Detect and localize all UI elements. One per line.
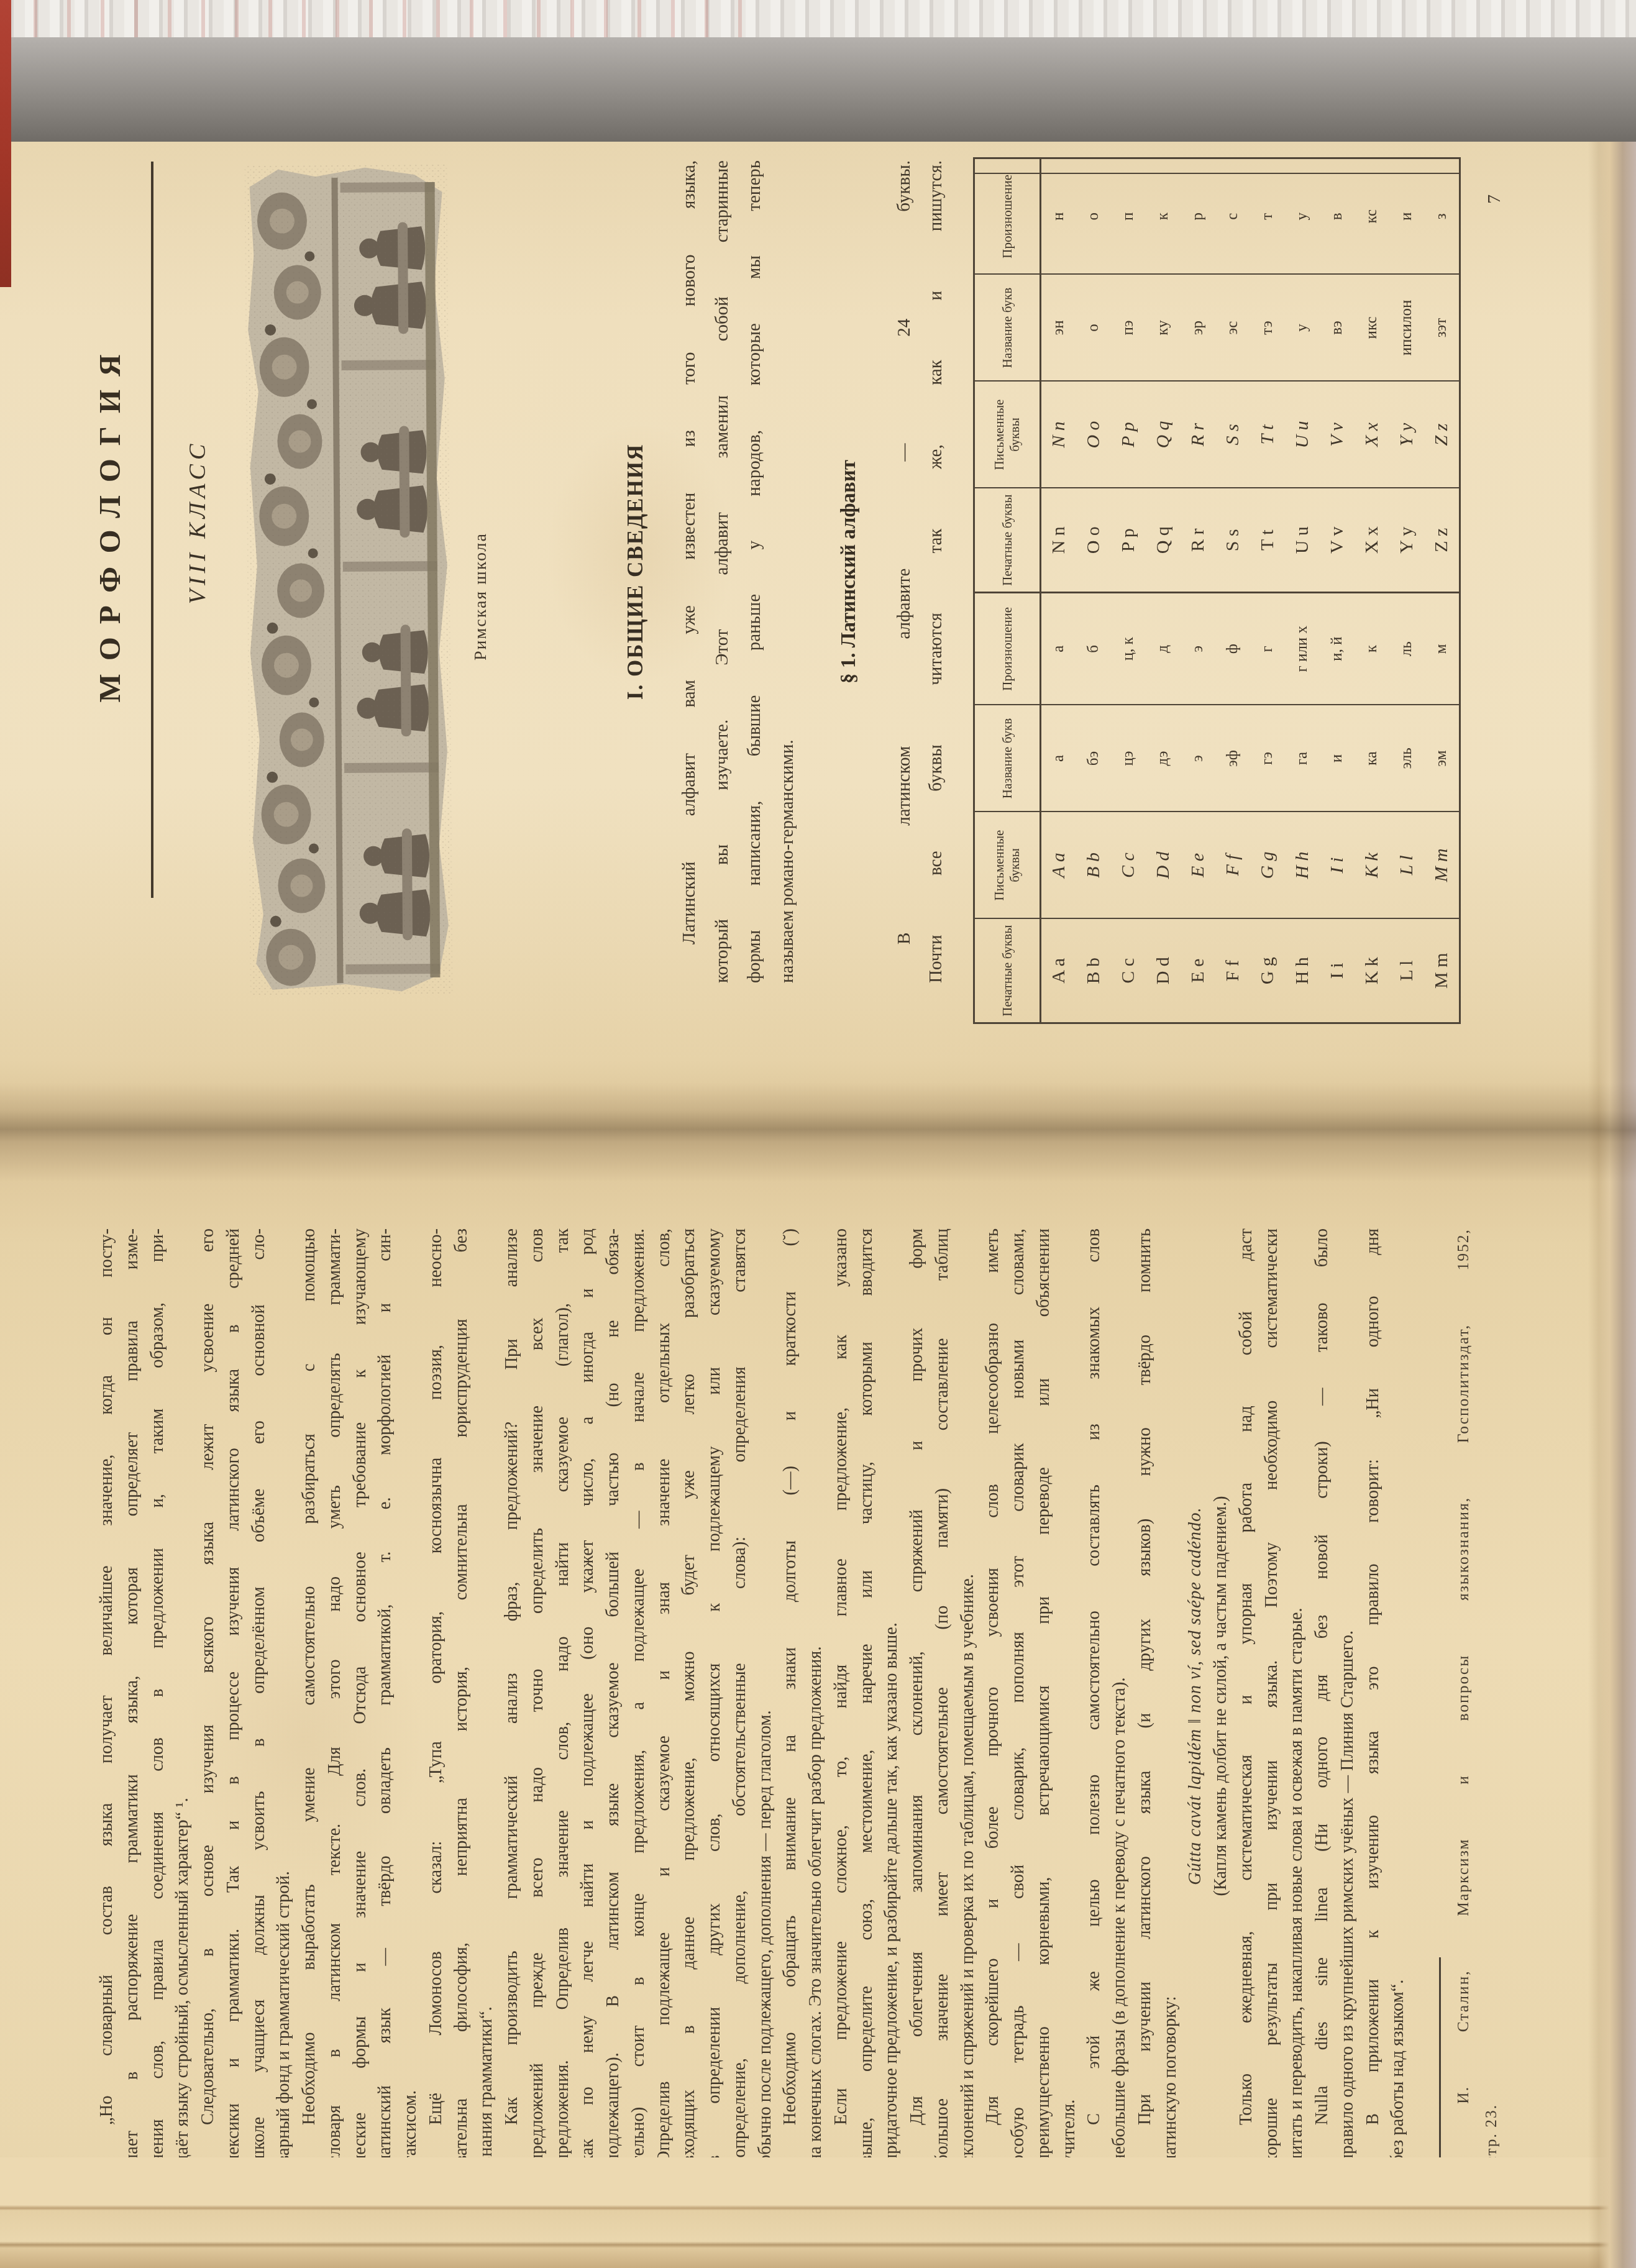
- printed-letter: U u: [1285, 488, 1320, 593]
- letter-pronunciation: и, й: [1320, 593, 1355, 705]
- intro-paragraph: Латинский алфавит вам уже известен из то…: [673, 160, 803, 983]
- alphabet-row: F f F f эф ф S s S s эс с: [1215, 158, 1250, 1023]
- text-line: При изучении латинского языка (и других …: [1133, 1228, 1158, 2164]
- letter-pronunciation: ль: [1389, 593, 1424, 705]
- text-line: таксисом.: [398, 1228, 424, 2164]
- written-letter: C c: [1111, 812, 1146, 919]
- written-letter: A a: [1041, 812, 1077, 919]
- text-line: Необходимо выработать умение самостоятел…: [297, 1228, 322, 2164]
- text-line: входящих в данное предложение, можно буд…: [677, 1228, 702, 2164]
- letter-pronunciation: к: [1355, 593, 1389, 705]
- printed-letter: I i: [1320, 919, 1355, 1023]
- written-letter: X x: [1355, 382, 1389, 488]
- text-line: лексики и грамматики. Так и в процессе и…: [221, 1228, 247, 2164]
- text-line: особую тетрадь — свой словарик, пополняя…: [1006, 1228, 1031, 2164]
- footnote-rule: [1439, 1957, 1441, 2164]
- text-line: преимущественно корневыми, встречающимис…: [1031, 1228, 1057, 2164]
- printed-letter: P p: [1111, 488, 1146, 593]
- text-line: школе учащиеся должны усвоить в определё…: [247, 1228, 272, 2164]
- letter-pronunciation: ф: [1215, 593, 1250, 705]
- letter-name: ку: [1146, 275, 1181, 382]
- text-line: на конечных слогах. Это значительно обле…: [803, 1228, 829, 2164]
- col-header: Произно­шение: [974, 158, 1041, 275]
- letter-name: пэ: [1111, 275, 1146, 382]
- text-line: Необходимо обращать внимание на знаки до…: [778, 1228, 803, 2164]
- text-line: хорошие результаты при изучении языка. П…: [1259, 1228, 1285, 2164]
- text-line: (Капля камень долбит не силой, а частым …: [1209, 1228, 1234, 2164]
- alphabet-row: D d D d дэ д Q q Q q ку к: [1146, 158, 1181, 1023]
- written-letter: Y y: [1389, 382, 1424, 488]
- letter-name: эль: [1389, 705, 1424, 812]
- printed-letter: S s: [1215, 488, 1250, 593]
- text-line: В латинском алфавите — 24 буквы.: [889, 160, 920, 983]
- latin-alphabet-table: Печатные буквы Письмен­ные буквы Названи…: [973, 159, 1461, 1024]
- written-letter: V v: [1320, 382, 1355, 488]
- title-rule: [151, 162, 153, 898]
- text-line: Следовательно, в основе изучения всякого…: [196, 1228, 221, 2164]
- text-line: формы написания, бывшие раньше у народов…: [738, 160, 771, 983]
- text-line: большое значение имеет самостоятельное (…: [930, 1228, 956, 2164]
- col-header: Название букв: [974, 275, 1041, 382]
- text-line: вательна философия, неприятна история, с…: [449, 1228, 475, 2164]
- text-line: Определив подлежащее и сказуемое и зная …: [652, 1228, 677, 2164]
- letter-pronunciation: д: [1146, 593, 1181, 705]
- book-gutter-shadow: [0, 1082, 1636, 1182]
- text-line: как по нему легче найти и подлежащее (он…: [575, 1228, 601, 2164]
- letter-name: у: [1285, 275, 1320, 382]
- written-letter: Q q: [1146, 382, 1181, 488]
- letter-name: ка: [1355, 705, 1389, 812]
- text-line: словаря в латинском тексте. Для этого на…: [322, 1228, 348, 2164]
- written-letter: O o: [1076, 382, 1111, 488]
- text-line: латинскую поговорку:: [1158, 1228, 1184, 2164]
- col-header: Название букв: [974, 705, 1041, 812]
- letter-pronunciation: т: [1250, 158, 1285, 275]
- text-line: предложения. Определив значение слов, на…: [551, 1228, 576, 2164]
- book-scan: { "palette":{"paper_right":"#efe0bd","pa…: [0, 0, 1636, 2268]
- text-line: Если предложение сложное, то, найдя глав…: [829, 1228, 854, 2164]
- printed-letter: G g: [1250, 919, 1285, 1023]
- roman-school-relief-image: [240, 161, 457, 1001]
- letter-pronunciation: г или х: [1285, 593, 1320, 705]
- written-letter: B b: [1076, 812, 1111, 919]
- alphabet-row: A a A a а а N n N n эн н: [1041, 158, 1077, 1023]
- text-line: С этой же целью полезно самостоятельно с…: [1082, 1228, 1107, 2164]
- letter-pronunciation: с: [1215, 158, 1250, 275]
- printed-letter: Y y: [1389, 488, 1424, 593]
- alphabet-note: В латинском алфавите — 24 буквы.Почти вс…: [889, 160, 952, 983]
- alphabet-row: C c C c цэ ц, к P p P p пэ п: [1111, 158, 1146, 1023]
- letter-pronunciation: р: [1181, 158, 1215, 275]
- section-heading: I. ОБЩИЕ СВЕДЕНИЯ: [623, 160, 648, 983]
- letter-name: эс: [1215, 275, 1250, 382]
- book-fore-edge: [0, 2157, 1636, 2268]
- written-letter: N n: [1041, 382, 1077, 488]
- printed-letter: M m: [1424, 919, 1460, 1023]
- letter-pronunciation: п: [1111, 158, 1146, 275]
- letter-name: тэ: [1250, 275, 1285, 382]
- text-line: Латинский алфавит вам уже известен из то…: [673, 160, 706, 983]
- letter-name: бэ: [1076, 705, 1111, 812]
- letter-pronunciation: о: [1076, 158, 1111, 275]
- alphabet-row: I i I i и и, й V v V v вэ в: [1320, 158, 1355, 1023]
- alphabet-row: H h H h га г или х U u U u у у: [1285, 158, 1320, 1023]
- printed-letter: V v: [1320, 488, 1355, 593]
- letter-name: га: [1285, 705, 1320, 812]
- alphabet-row: E e E e э э R r R r эр р: [1181, 158, 1215, 1023]
- text-line: „Но словарный состав языка получает вели…: [94, 1228, 120, 2164]
- text-line: который вы изучаете. Этот алфавит замени…: [706, 160, 739, 983]
- text-line: нения слов, правила соединения слов в пр…: [145, 1228, 171, 2164]
- book-spread: „Но словарный состав языка получает вели…: [0, 0, 1636, 2268]
- written-letter: F f: [1215, 812, 1250, 919]
- text-line: читать и переводить, накапливая новые сл…: [1284, 1228, 1310, 2164]
- printed-letter: Q q: [1146, 488, 1181, 593]
- letter-name: эн: [1041, 275, 1077, 382]
- letter-name: эр: [1181, 275, 1215, 382]
- text-line: Для скорейшего и более прочного усвоения…: [980, 1228, 1006, 2164]
- letter-name: гэ: [1250, 705, 1285, 812]
- footnote-line: ¹ И. Сталин, Марксизм и вопросы языкозна…: [1449, 1228, 1477, 2164]
- printed-letter: D d: [1146, 919, 1181, 1023]
- text-line: В приложении к изучению языка это правил…: [1361, 1228, 1386, 2164]
- part-title: МОРФОЛОГИЯ: [92, 168, 127, 876]
- text-line: Gútta cavát lapidém ‖ non ví, sed saépe …: [1183, 1228, 1209, 2164]
- letter-pronunciation: в: [1320, 158, 1355, 275]
- left-page-body-text: „Но словарный состав языка получает вели…: [94, 1228, 1411, 2164]
- letter-name: э: [1181, 705, 1215, 812]
- printed-letter: R r: [1181, 488, 1215, 593]
- written-letter: D d: [1146, 812, 1181, 919]
- printed-letter: Z z: [1424, 488, 1460, 593]
- text-line: тельно) стоит в конце предложения, а под…: [626, 1228, 652, 2164]
- book-bottom-edge: [1588, 142, 1636, 2268]
- letter-name: о: [1076, 275, 1111, 382]
- text-line: предложений прежде всего надо точно опре…: [525, 1228, 551, 2164]
- col-header: Печатные буквы: [974, 488, 1041, 593]
- letter-pronunciation: и: [1389, 158, 1424, 275]
- text-line: Только ежедневная, систематическая и упо…: [1234, 1228, 1259, 2164]
- text-line: выше, определите союз, местоимение, наре…: [854, 1228, 880, 2164]
- printed-letter: F f: [1215, 919, 1250, 1023]
- letter-name: эф: [1215, 705, 1250, 812]
- class-subtitle: VIII КЛАСС: [184, 168, 211, 876]
- letter-pronunciation: к: [1146, 158, 1181, 275]
- letter-name: а: [1041, 705, 1077, 812]
- printed-letter: A a: [1041, 919, 1077, 1023]
- col-header: Письмен­ные буквы: [974, 382, 1041, 488]
- text-line: в определении других слов, относящихся к…: [702, 1228, 728, 2164]
- letter-name: икс: [1355, 275, 1389, 382]
- text-line: склонений и спряжений и проверка их по т…: [956, 1228, 981, 2164]
- alphabet-row: K k K k ка к X x X x икс кс: [1355, 158, 1389, 1023]
- alphabet-row: G g G g гэ г T t T t тэ т: [1250, 158, 1285, 1023]
- printed-letter: K k: [1355, 919, 1389, 1023]
- written-letter: I i: [1320, 812, 1355, 919]
- printed-letter: E e: [1181, 919, 1215, 1023]
- letter-name: и: [1320, 705, 1355, 812]
- letter-name: ипсилон: [1389, 275, 1424, 382]
- written-letter: R r: [1181, 382, 1215, 488]
- text-line: Ещё Ломоносов сказал: „Тупа оратория, ко…: [424, 1228, 449, 2164]
- page-number: 7: [1484, 194, 1505, 204]
- written-letter: M m: [1424, 812, 1460, 919]
- written-letter: K k: [1355, 812, 1389, 919]
- col-header: Письмен­ные буквы: [974, 812, 1041, 919]
- text-line: латинский язык — твёрдо овладеть граммат…: [373, 1228, 398, 2164]
- text-line: подлежащего). В латинском языке сказуемо…: [601, 1228, 626, 2164]
- letter-name: эм: [1424, 705, 1460, 812]
- text-line: ческие формы и значение слов. Отсюда осн…: [348, 1228, 373, 2164]
- letter-name: зэт: [1424, 275, 1460, 382]
- printed-letter: O o: [1076, 488, 1111, 593]
- text-line: Для облегчения запоминания склонений, сп…: [905, 1228, 930, 2164]
- text-line: Почти все буквы читаются так же, как и п…: [920, 160, 952, 983]
- written-letter: T t: [1250, 382, 1285, 488]
- letter-pronunciation: э: [1181, 593, 1215, 705]
- printed-letter: H h: [1285, 919, 1320, 1023]
- written-letter: S s: [1215, 382, 1250, 488]
- printed-letter: L l: [1389, 919, 1424, 1023]
- table-header-row: Печатные буквы Письмен­ные буквы Названи…: [974, 158, 1041, 1023]
- letter-name: цэ: [1111, 705, 1146, 812]
- written-letter: G g: [1250, 812, 1285, 919]
- letter-pronunciation: а: [1041, 593, 1077, 705]
- printed-letter: B b: [1076, 919, 1111, 1023]
- text-line: пает в распоряжение грамматики языка, ко…: [120, 1228, 145, 2164]
- text-line: Как производить грамматический анализ фр…: [500, 1228, 525, 2164]
- letter-name: вэ: [1320, 275, 1355, 382]
- written-letter: E e: [1181, 812, 1215, 919]
- col-header: Печатные буквы: [974, 919, 1041, 1023]
- written-letter: H h: [1285, 812, 1320, 919]
- printed-letter: C c: [1111, 919, 1146, 1023]
- col-header: Произно­шение: [974, 593, 1041, 705]
- text-line: правило одного из крупнейших римских учё…: [1335, 1228, 1361, 2164]
- text-line: (определение, дополнение, обстоятельстве…: [728, 1228, 753, 2164]
- letter-pronunciation: н: [1041, 158, 1077, 275]
- letter-pronunciation: з: [1424, 158, 1460, 275]
- text-line: придаточное предложение, и разбирайте да…: [879, 1228, 905, 2164]
- printed-letter: X x: [1355, 488, 1389, 593]
- text-line: без работы над языком“.: [1386, 1228, 1411, 2164]
- text-line: даёт языку стройный, осмысленный характе…: [170, 1228, 196, 2164]
- printed-letter: T t: [1250, 488, 1285, 593]
- text-line: небольшие фразы (в дополнение к переводу…: [1107, 1228, 1133, 2164]
- alphabet-row: M m M m эм м Z z Z z зэт з: [1424, 158, 1460, 1023]
- alphabet-row: L l L l эль ль Y y Y y ипсилон и: [1389, 158, 1424, 1023]
- printed-letter: N n: [1041, 488, 1077, 593]
- text-line: обычно после подлежащего, дополнения — п…: [753, 1228, 779, 2164]
- letter-pronunciation: б: [1076, 593, 1111, 705]
- alphabet-row: B b B b бэ б O o O o о о: [1076, 158, 1111, 1023]
- text-line: учителя.: [1057, 1228, 1082, 2164]
- written-letter: U u: [1285, 382, 1320, 488]
- text-line: варный фонд и грамматический строй.: [272, 1228, 297, 2164]
- book-cover-spine: [0, 0, 11, 287]
- letter-pronunciation: у: [1285, 158, 1320, 275]
- text-line: знания грамматики“.: [474, 1228, 500, 2164]
- written-letter: Z z: [1424, 382, 1460, 488]
- letter-pronunciation: кс: [1355, 158, 1389, 275]
- text-line: Nulla dies sine linea (Ни одного дня без…: [1310, 1228, 1335, 2164]
- text-line: называем романо-германскими.: [771, 160, 804, 983]
- letter-name: дэ: [1146, 705, 1181, 812]
- paragraph-heading: § 1. Латинский алфавит: [838, 160, 861, 983]
- footnote-line: стр. 23.: [1477, 1228, 1505, 2164]
- footnote: ¹ И. Сталин, Марксизм и вопросы языкозна…: [1449, 1228, 1505, 2164]
- written-letter: P p: [1111, 382, 1146, 488]
- letter-pronunciation: г: [1250, 593, 1285, 705]
- written-letter: L l: [1389, 812, 1424, 919]
- letter-pronunciation: ц, к: [1111, 593, 1146, 705]
- letter-pronunciation: м: [1424, 593, 1460, 705]
- image-caption: Римская школа: [471, 230, 491, 963]
